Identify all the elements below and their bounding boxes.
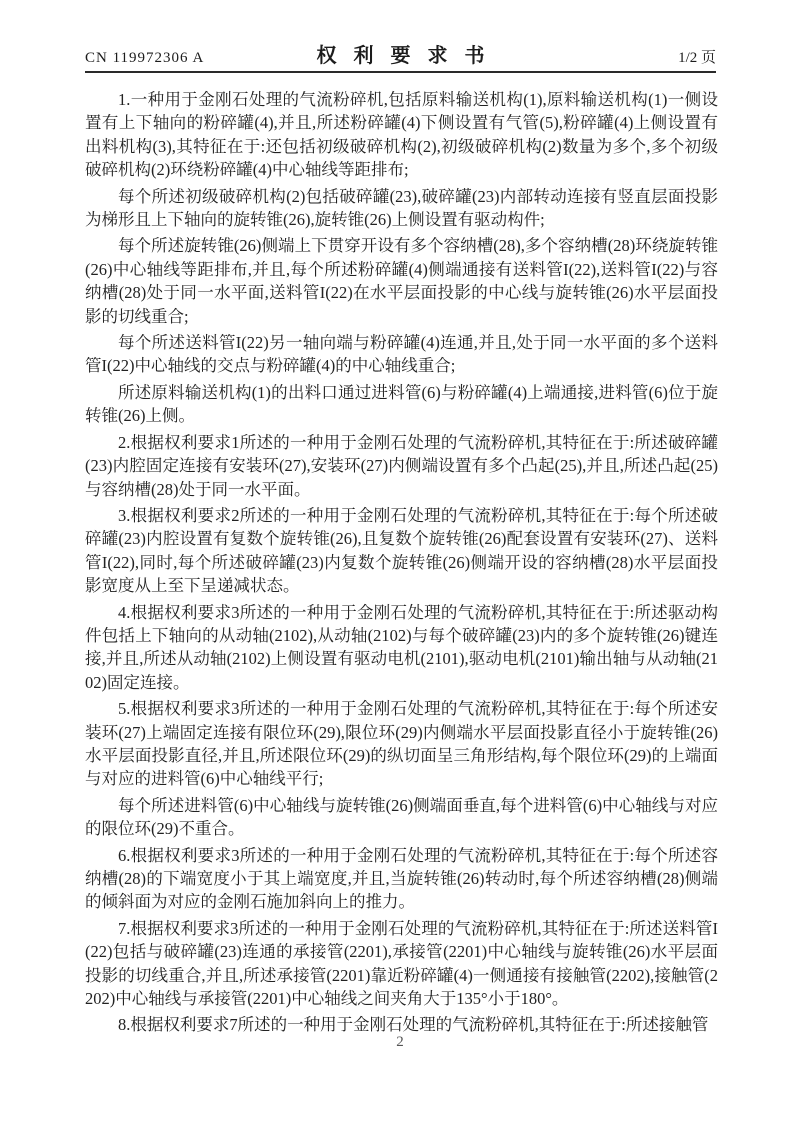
patent-claims-page: CN 119972306 A 权利要求书 1/2 页 1.一种用于金刚石处理的气… [0, 0, 800, 1131]
claim-paragraph-10: 每个所述进料管(6)中心轴线与旋转锥(26)侧端面垂直,每个进料管(6)中心轴线… [85, 794, 718, 841]
claim-paragraph-3: 每个所述旋转锥(26)侧端上下贯穿开设有多个容纳槽(28),多个容纳槽(28)环… [85, 234, 718, 328]
claim-paragraph-8: 4.根据权利要求3所述的一种用于金刚石处理的气流粉碎机,其特征在于:所述驱动构件… [85, 601, 718, 695]
page-title: 权利要求书 [300, 39, 502, 68]
claims-body: 1.一种用于金刚石处理的气流粉碎机,包括原料输送机构(1),原料输送机构(1)一… [85, 88, 718, 1040]
claim-paragraph-7: 3.根据权利要求2所述的一种用于金刚石处理的气流粉碎机,其特征在于:每个所述破碎… [85, 504, 718, 598]
page-header: CN 119972306 A 权利要求书 1/2 页 [85, 46, 716, 73]
claim-paragraph-2: 每个所述初级破碎机构(2)包括破碎罐(23),破碎罐(23)内部转动连接有竖直层… [85, 185, 718, 232]
page-indicator: 1/2 页 [678, 46, 716, 67]
claim-paragraph-5: 所述原料输送机构(1)的出料口通过进料管(6)与粉碎罐(4)上端通接,进料管(6… [85, 381, 718, 428]
claim-paragraph-6: 2.根据权利要求1所述的一种用于金刚石处理的气流粉碎机,其特征在于:所述破碎罐(… [85, 431, 718, 501]
page-number: 2 [396, 1034, 404, 1050]
page-footer: 2 [0, 1033, 800, 1051]
claim-paragraph-12: 7.根据权利要求3所述的一种用于金刚石处理的气流粉碎机,其特征在于:所述送料管I… [85, 917, 718, 1011]
claim-paragraph-9: 5.根据权利要求3所述的一种用于金刚石处理的气流粉碎机,其特征在于:每个所述安装… [85, 697, 718, 791]
claim-paragraph-11: 6.根据权利要求3所述的一种用于金刚石处理的气流粉碎机,其特征在于:每个所述容纳… [85, 844, 718, 914]
claim-paragraph-4: 每个所述送料管I(22)另一轴向端与粉碎罐(4)连通,并且,处于同一水平面的多个… [85, 331, 718, 378]
claim-paragraph-1: 1.一种用于金刚石处理的气流粉碎机,包括原料输送机构(1),原料输送机构(1)一… [85, 88, 718, 182]
document-number: CN 119972306 A [85, 50, 204, 67]
